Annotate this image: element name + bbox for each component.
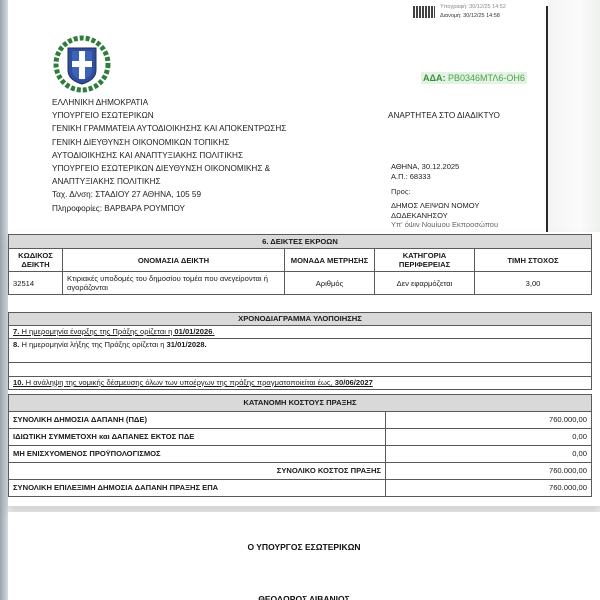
table-row: ΣΥΝΟΛΙΚΗ ΔΗΜΟΣΙΑ ΔΑΠΑΝΗ (ΠΔΕ) 760.000,00 (9, 412, 592, 429)
schedule-table: ΧΡΟΝΟΔΙΑΓΡΑΜΜΑ ΥΛΟΠΟΙΗΣΗΣ 7. Η ημερομηνί… (8, 312, 592, 390)
sender-contact: Πληροφορίες: ΒΑΡΒΑΡΑ ΡΟΥΜΠΟΥ (52, 202, 286, 215)
recipient-line: ΔΗΜΟΣ ΛΕΙΨΩΝ ΝΟΜΟΥ (391, 201, 498, 211)
protocol-number: Α.Π.: 68333 (391, 172, 459, 182)
ada-code: ΑΔΑ: ΡΒ0346ΜΤΛ6-ΟΗ6 (421, 72, 527, 84)
cost-value: 0,00 (386, 429, 592, 446)
sender-address: Ταχ. Δ/νση: ΣΤΑΔΙΟΥ 27 ΑΘΗΝΑ, 105 59 (52, 188, 286, 201)
table-row: ΣΥΝΟΛΙΚΗ ΕΠΙΛΕΞΙΜΗ ΔΗΜΟΣΙΑ ΔΑΠΑΝΗ ΠΡΑΞΗΣ… (9, 480, 592, 497)
table-row: ΜΗ ΕΝΙΣΧΥΟΜΕΝΟΣ ΠΡΟΫΠΟΛΟΓΙΣΜΟΣ 0,00 (9, 446, 592, 463)
sender-line: ΑΥΤΟΔΙΟΙΚΗΣΗΣ ΚΑΙ ΑΝΑΠΤΥΞΙΑΚΗΣ ΠΟΛΙΤΙΚΗΣ (52, 149, 286, 162)
cost-value: 760.000,00 (386, 412, 592, 429)
tables-page: 6. ΔΕΙΚΤΕΣ ΕΚΡΟΩΝ ΚΩΔΙΚΟΣ ΔΕΙΚΤΗ ΟΝΟΜΑΣΙ… (8, 232, 600, 506)
to-label: Προς: (391, 187, 411, 196)
table-row: ΣΥΝΟΛΙΚΟ ΚΟΣΤΟΣ ΠΡΑΞΗΣ 760.000,00 (9, 463, 592, 480)
col-header-region: ΚΑΤΗΓΟΡΙΑ ΠΕΡΙΦΕΡΕΙΑΣ (375, 249, 475, 272)
distribution-timestamp: Διανομή: 30/12/25 14:58 (440, 13, 500, 19)
document-date: ΑΘΗΝΑ, 30.12.2025 (391, 162, 459, 172)
ada-label: ΑΔΑ: (423, 73, 445, 83)
schedule-item-8: 8. Η ημερομηνία λήξης της Πράξης ορίζετα… (9, 339, 592, 363)
ada-value: ΡΒ0346ΜΤΛ6-ΟΗ6 (448, 73, 525, 83)
indicator-region: Δεν εφαρμόζεται (375, 272, 475, 295)
right-background (548, 0, 600, 232)
schedule-title: ΧΡΟΝΟΔΙΑΓΡΑΜΜΑ ΥΛΟΠΟΙΗΣΗΣ (9, 313, 592, 326)
col-header-unit: ΜΟΝΑΔΑ ΜΕΤΡΗΣΗΣ (285, 249, 375, 272)
cost-allocation-table: ΚΑΤΑΝΟΜΗ ΚΟΣΤΟΥΣ ΠΡΑΞΗΣ ΣΥΝΟΛΙΚΗ ΔΗΜΟΣΙΑ… (8, 394, 592, 497)
item-text: Η ημερομηνία έναρξης της Πράξης ορίζεται… (19, 327, 174, 336)
cost-label: ΜΗ ΕΝΙΣΧΥΟΜΕΝΟΣ ΠΡΟΫΠΟΛΟΓΙΣΜΟΣ (9, 446, 386, 463)
col-header-target: ΤΙΜΗ ΣΤΟΧΟΣ (475, 249, 592, 272)
cost-label: ΣΥΝΟΛΙΚΗ ΕΠΙΛΕΞΙΜΗ ΔΗΜΟΣΙΑ ΔΑΠΑΝΗ ΠΡΑΞΗΣ… (9, 480, 386, 497)
schedule-item-10: 10. Η ανάληψη της νομικής δέσμευσης όλων… (9, 377, 592, 390)
sender-line: ΥΠΟΥΡΓΕΙΟ ΕΣΩΤΕΡΙΚΩΝ ΔΙΕΥΘΥΝΣΗ ΟΙΚΟΝΟΜΙΚ… (52, 162, 286, 175)
item-text: Η ημερομηνία λήξης της Πράξης ορίζεται η (19, 340, 166, 349)
cost-label: ΣΥΝΟΛΙΚΗ ΔΗΜΟΣΙΑ ΔΑΠΑΝΗ (ΠΔΕ) (9, 412, 386, 429)
schedule-item-7: 7. Η ημερομηνία έναρξης της Πράξης ορίζε… (9, 326, 592, 339)
col-header-name: ΟΝΟΜΑΣΙΑ ΔΕΙΚΤΗ (63, 249, 285, 272)
greek-coat-of-arms-icon (52, 34, 112, 94)
item-number: 10. (13, 378, 24, 387)
cost-label: ΣΥΝΟΛΙΚΟ ΚΟΣΤΟΣ ΠΡΑΞΗΣ (9, 463, 386, 480)
cost-value: 760.000,00 (386, 463, 592, 480)
sender-line: ΓΕΝΙΚΗ ΔΙΕΥΘΥΝΣΗ ΟΙΚΟΝΟΜΙΚΩΝ ΤΟΠΙΚΗΣ (52, 136, 286, 149)
signatory-title: Ο ΥΠΟΥΡΓΟΣ ΕΣΩΤΕΡΙΚΩΝ (8, 542, 600, 552)
left-edge-shadow (0, 0, 8, 600)
signatory-name: ΘΕΟΔΩΡΟΣ ΛΙΒΑΝΙΟΣ (8, 594, 600, 600)
sender-line: ΥΠΟΥΡΓΕΙΟ ΕΣΩΤΕΡΙΚΩΝ (52, 109, 286, 122)
signature-page: Ο ΥΠΟΥΡΓΟΣ ΕΣΩΤΕΡΙΚΩΝ ΘΕΟΔΩΡΟΣ ΛΙΒΑΝΙΟΣ (8, 512, 600, 600)
date-protocol-block: ΑΘΗΝΑ, 30.12.2025 Α.Π.: 68333 (391, 162, 459, 181)
sender-block: ΕΛΛΗΝΙΚΗ ΔΗΜΟΚΡΑΤΙΑ ΥΠΟΥΡΓΕΙΟ ΕΣΩΤΕΡΙΚΩΝ… (52, 96, 286, 215)
cost-value: 760.000,00 (386, 480, 592, 497)
table-row: 32514 Κτιριακές υποδομές του δημοσίου το… (9, 272, 592, 295)
indicator-code: 32514 (9, 272, 63, 295)
table-row: ΙΔΙΩΤΙΚΗ ΣΥΜΜΕΤΟΧΗ και ΔΑΠΑΝΕΣ ΕΚΤΟΣ ΠΔΕ… (9, 429, 592, 446)
sender-line: ΑΝΑΠΤΥΞΙΑΚΗΣ ΠΟΛΙΤΙΚΗΣ (52, 175, 286, 188)
recipient-line: ΔΩΔΕΚΑΝΗΣΟΥ (391, 211, 498, 221)
letterhead-page: Υπογραφή: 30/12/25 14:52 Διανομή: 30/12/… (8, 0, 548, 232)
item-end: . (212, 327, 214, 336)
publish-note: ΑΝΑΡΤΗΤΕΑ ΣΤΟ ΔΙΑΔΙΚΤΥΟ (388, 111, 500, 120)
item-text: Η ανάληψη της νομικής δέσμευσης όλων των… (24, 378, 335, 387)
sender-line: ΕΛΛΗΝΙΚΗ ΔΗΜΟΚΡΑΤΙΑ (52, 96, 286, 109)
indicator-unit: Αριθμός (285, 272, 375, 295)
sender-line: ΓΕΝΙΚΗ ΓΡΑΜΜΑΤΕΙΑ ΑΥΤΟΔΙΟΙΚΗΣΗΣ ΚΑΙ ΑΠΟΚ… (52, 122, 286, 135)
recipient-line: Υπ' όψιν Νομίμου Εκπροσώπου (391, 220, 498, 227)
col-header-code: ΚΩΔΙΚΟΣ ΔΕΙΚΤΗ (9, 249, 63, 272)
cost-label: ΙΔΙΩΤΙΚΗ ΣΥΜΜΕΤΟΧΗ και ΔΑΠΑΝΕΣ ΕΚΤΟΣ ΠΔΕ (9, 429, 386, 446)
indicators-title: 6. ΔΕΙΚΤΕΣ ΕΚΡΟΩΝ (9, 235, 592, 249)
recipient-block: ΔΗΜΟΣ ΛΕΙΨΩΝ ΝΟΜΟΥ ΔΩΔΕΚΑΝΗΣΟΥ Υπ' όψιν … (391, 201, 498, 227)
indicator-name: Κτιριακές υποδομές του δημοσίου τομέα πο… (63, 272, 285, 295)
signature-timestamp: Υπογραφή: 30/12/25 14:52 (440, 4, 506, 10)
end-date: 31/01/2028. (167, 340, 207, 349)
qr-code-icon (413, 6, 435, 18)
output-indicators-table: 6. ΔΕΙΚΤΕΣ ΕΚΡΟΩΝ ΚΩΔΙΚΟΣ ΔΕΙΚΤΗ ΟΝΟΜΑΣΙ… (8, 234, 592, 295)
indicator-target: 3,00 (475, 272, 592, 295)
start-date: 01/01/2026 (174, 327, 212, 336)
commitment-date: 30/06/2027 (335, 378, 373, 387)
cost-title: ΚΑΤΑΝΟΜΗ ΚΟΣΤΟΥΣ ΠΡΑΞΗΣ (9, 395, 592, 412)
schedule-empty-row (9, 363, 592, 377)
cost-value: 0,00 (386, 446, 592, 463)
